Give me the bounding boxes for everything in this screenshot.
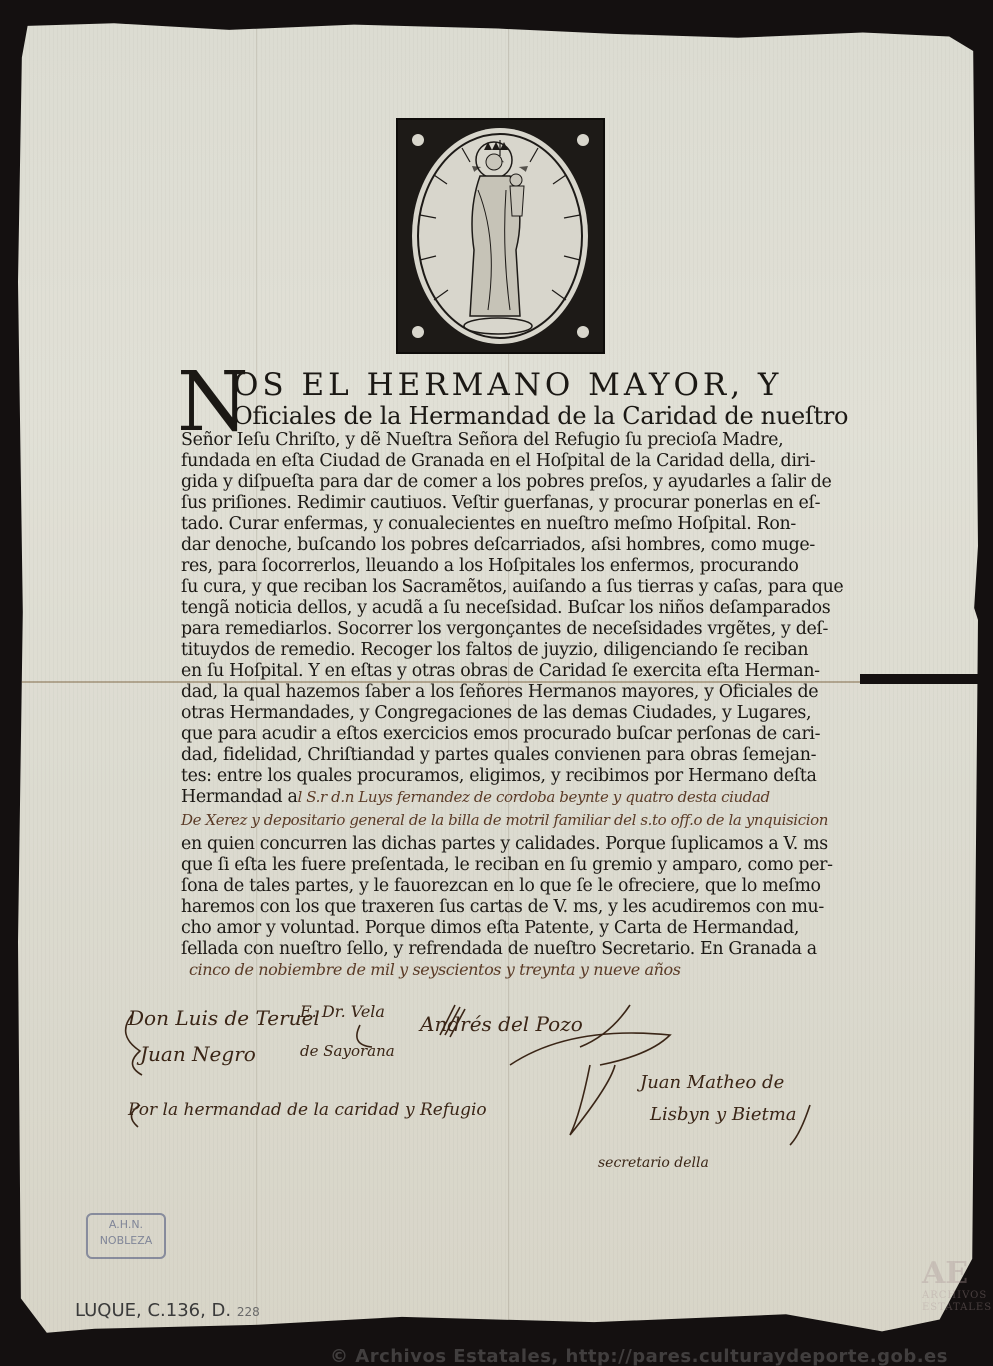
text-line: res, para ſocorrerlos, lleuando a los Ho… (181, 556, 821, 577)
text-line: tengã noticia dellos, y acudã a ſu neceſ… (181, 598, 821, 619)
text-line: que ſi eſta les fuere preſentada, le rec… (181, 855, 821, 876)
text-line: en ſu Hoſpital. Y en eſtas y otras obras… (181, 661, 821, 682)
text-line: ſus priſiones. Redimir cautiuos. Veſtir … (181, 493, 821, 514)
text-line: ſellada con nueſtro ſello, y refrendada … (181, 939, 821, 960)
text-line: gida y diſpueſta para dar de comer a los… (181, 472, 821, 493)
stamp-line: A.H.N. (88, 1217, 164, 1233)
catalog-ref: LUQUE, C.136, D. (75, 1300, 231, 1321)
text-line: ſu cura, y que reciban los Sacramẽtos, a… (181, 577, 821, 598)
text-line: Señor Ieſu Chriſto, y dẽ Nueſtra Señora … (181, 430, 821, 451)
handwritten-name: l S.r d.n Luys fernandez de cordoba beyn… (298, 788, 770, 806)
stamp-line: NOBLEZA (88, 1233, 164, 1249)
logo-letters: AE (922, 1258, 993, 1290)
archive-stamp: A.H.N. NOBLEZA (86, 1213, 166, 1259)
text-line: dar denoche, buſcando los pobres deſcarr… (181, 535, 821, 556)
text-line: otras Hermandades, y Congregaciones de l… (181, 703, 821, 724)
text-line: dad, fidelidad, Chriſtiandad y partes qu… (181, 745, 821, 766)
text-line: dad, la qual hazemos ſaber a los ſeñores… (181, 682, 821, 703)
heading: N OS EL HERMANO MAYOR, Y Oficiales de la… (181, 368, 821, 430)
hermandad-line: Hermandad al S.r d.n Luys fernandez de c… (181, 787, 821, 808)
text-line: tado. Curar enfermas, y conualecientes e… (181, 514, 821, 535)
printed-text-2: en quien concurren las dichas partes y c… (181, 834, 821, 960)
copyright-watermark: © Archivos Estatales, http://pares.cultu… (330, 1346, 948, 1366)
virgin-woodcut-image (396, 118, 605, 354)
archivos-estatales-logo: AE ARCHIVOS ESTATALES (922, 1258, 993, 1366)
text-line: fundada en eſta Ciudad de Granada en el … (181, 451, 821, 472)
catalog-sub: 228 (237, 1305, 260, 1319)
text-line: tes: entre los quales procuramos, eligim… (181, 766, 821, 787)
text-line: para remediarlos. Socorrer los vergonçan… (181, 619, 821, 640)
text-line: haremos con los que traxeren ſus cartas … (181, 897, 821, 918)
catalog-reference: LUQUE, C.136, D. 228 (75, 1300, 260, 1321)
text-line: cho amor y voluntad. Porque dimos eſta P… (181, 918, 821, 939)
signature-flourishes (110, 995, 870, 1155)
text-line: tituydos de remedio. Recoger los faltos … (181, 640, 821, 661)
text-line: ſona de tales partes, y le fauorezcan en… (181, 876, 821, 897)
secretary-label: secretario della (598, 1155, 709, 1171)
heading-line-1: OS EL HERMANO MAYOR, Y (181, 368, 821, 402)
logo-text: ARCHIVOS ESTATALES (922, 1290, 993, 1314)
handwritten-date: cinco de nobiembre de mil y seyscientos … (181, 960, 821, 980)
heading-line-2: Oficiales de la Hermandad de la Caridad … (181, 402, 821, 430)
handwritten-line: De Xerez y depositario general de la bil… (181, 808, 821, 834)
dropcap: N (177, 362, 249, 444)
printed-text-1: Señor Ieſu Chriſto, y dẽ Nueſtra Señora … (181, 430, 821, 787)
text-line: en quien concurren las dichas partes y c… (181, 834, 821, 855)
printed-fragment: Hermandad a (181, 787, 298, 807)
document-body: N OS EL HERMANO MAYOR, Y Oficiales de la… (181, 368, 821, 980)
text-line: que para acudir a eſtos exercicios emos … (181, 724, 821, 745)
paper-tear (860, 674, 980, 684)
